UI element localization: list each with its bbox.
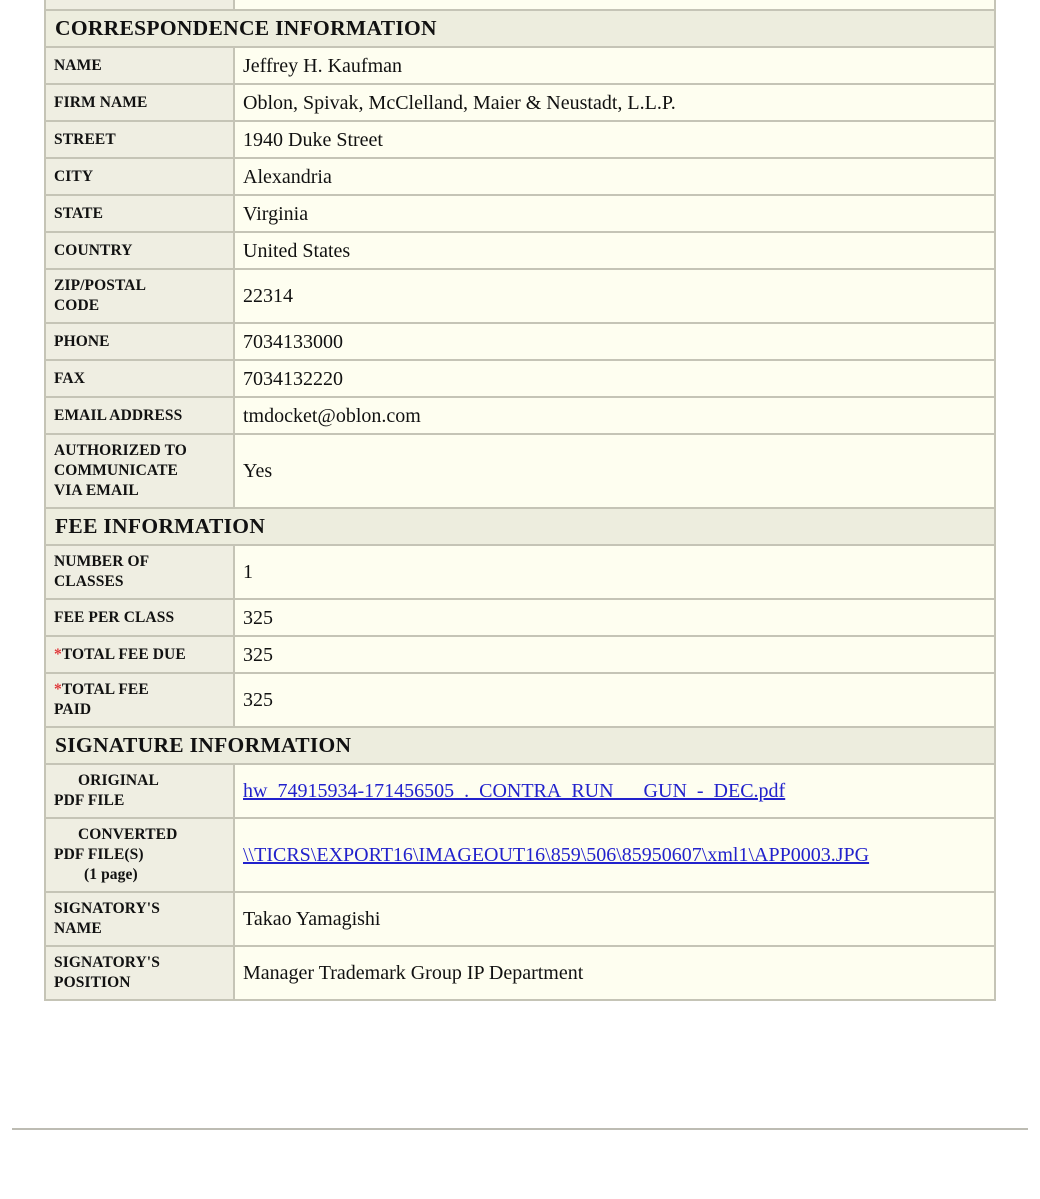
field-label: SIGNATORY'S POSITION [45,946,234,1000]
section-title: SIGNATURE INFORMATION [45,727,995,764]
field-label: FIRM NAME [45,84,234,121]
table-row-signatory-name: SIGNATORY'S NAME Takao Yamagishi [45,892,995,946]
table-row-city: CITY Alexandria [45,158,995,195]
table-row-zip: ZIP/POSTAL CODE 22314 [45,269,995,323]
table-row-name: NAME Jeffrey H. Kaufman [45,47,995,84]
label-line: ZIP/POSTAL [54,277,146,294]
field-label: STREET [45,121,234,158]
field-label: *TOTAL FEE DUE [45,636,234,673]
field-label: FEE PER CLASS [45,599,234,636]
label-line: CLASSES [54,573,124,590]
zip-value: 22314 [234,269,995,323]
field-label: EMAIL ADDRESS [45,397,234,434]
field-label: ORIGINAL PDF FILE [45,764,234,818]
label-line: TOTAL FEE [62,681,149,698]
horizontal-divider [12,1128,1028,1130]
label-line: ORIGINAL [54,771,159,791]
label-line: POSITION [54,974,131,991]
table-row-fee-per-class: FEE PER CLASS 325 [45,599,995,636]
field-label: STATE [45,195,234,232]
label-line: PDF FILE(S) [54,846,144,863]
original-pdf-cell: hw_74915934-171456505_._CONTRA_RUN___GUN… [234,764,995,818]
label-line: COMMUNICATE [54,462,178,479]
correspondent-name-value: Jeffrey H. Kaufman [234,47,995,84]
required-asterisk: * [54,646,62,663]
label-line: AUTHORIZED TO [54,442,187,459]
authorized-email-value: Yes [234,434,995,508]
table-row-converted-pdf: CONVERTED PDF FILE(S) (1 page) \\TICRS\E… [45,818,995,892]
table-row-firm-name: FIRM NAME Oblon, Spivak, McClelland, Mai… [45,84,995,121]
field-label: ZIP/POSTAL CODE [45,269,234,323]
field-label: NUMBER OF CLASSES [45,545,234,599]
table-row-number-of-classes: NUMBER OF CLASSES 1 [45,545,995,599]
converted-pdf-link[interactable]: \\TICRS\EXPORT16\IMAGEOUT16\859\506\8595… [243,844,869,866]
city-value: Alexandria [234,158,995,195]
label-line: (1 page) [54,865,138,885]
table-row-total-fee-due: *TOTAL FEE DUE 325 [45,636,995,673]
total-fee-due-value: 325 [234,636,995,673]
table-row-street: STREET 1940 Duke Street [45,121,995,158]
table-row-total-fee-paid: *TOTAL FEE PAID 325 [45,673,995,727]
required-asterisk: * [54,681,62,698]
field-label: CITY [45,158,234,195]
field-label: NAME [45,47,234,84]
label-line: CONVERTED [54,825,177,845]
label-line: SIGNATORY'S [54,954,160,971]
field-label: FAX [45,360,234,397]
table-row-phone: PHONE 7034133000 [45,323,995,360]
country-value: United States [234,232,995,269]
table-row-authorized-email: AUTHORIZED TO COMMUNICATE VIA EMAIL Yes [45,434,995,508]
label-line: SIGNATORY'S [54,900,160,917]
field-label: COUNTRY [45,232,234,269]
section-correspondence-header: CORRESPONDENCE INFORMATION [45,10,995,47]
table-row-original-pdf: ORIGINAL PDF FILE hw_74915934-171456505_… [45,764,995,818]
table-row-state: STATE Virginia [45,195,995,232]
number-of-classes-value: 1 [234,545,995,599]
label-line: PAID [54,701,91,718]
label-line: VIA EMAIL [54,482,139,499]
field-label: CONVERTED PDF FILE(S) (1 page) [45,818,234,892]
previous-row-stub [45,0,995,10]
field-label: *TOTAL FEE PAID [45,673,234,727]
signatory-name-value: Takao Yamagishi [234,892,995,946]
label-line: PDF FILE [54,792,124,809]
table-row-fax: FAX 7034132220 [45,360,995,397]
label-line: NAME [54,920,102,937]
section-title: FEE INFORMATION [45,508,995,545]
firm-name-value: Oblon, Spivak, McClelland, Maier & Neust… [234,84,995,121]
section-title: CORRESPONDENCE INFORMATION [45,10,995,47]
converted-pdf-cell: \\TICRS\EXPORT16\IMAGEOUT16\859\506\8595… [234,818,995,892]
table-row-email: EMAIL ADDRESS tmdocket@oblon.com [45,397,995,434]
label-text: TOTAL FEE DUE [62,646,186,663]
field-label: SIGNATORY'S NAME [45,892,234,946]
fax-value: 7034132220 [234,360,995,397]
phone-value: 7034133000 [234,323,995,360]
label-line: CODE [54,297,99,314]
table-row-country: COUNTRY United States [45,232,995,269]
stub-label-cell [45,0,234,10]
table-row-signatory-position: SIGNATORY'S POSITION Manager Trademark G… [45,946,995,1000]
street-value: 1940 Duke Street [234,121,995,158]
trademark-form-table: CORRESPONDENCE INFORMATION NAME Jeffrey … [44,0,996,1001]
fee-per-class-value: 325 [234,599,995,636]
section-fee-header: FEE INFORMATION [45,508,995,545]
field-label: AUTHORIZED TO COMMUNICATE VIA EMAIL [45,434,234,508]
section-signature-header: SIGNATURE INFORMATION [45,727,995,764]
state-value: Virginia [234,195,995,232]
stub-value-cell [234,0,995,10]
total-fee-paid-value: 325 [234,673,995,727]
email-value: tmdocket@oblon.com [234,397,995,434]
original-pdf-link[interactable]: hw_74915934-171456505_._CONTRA_RUN___GUN… [243,780,785,802]
signatory-position-value: Manager Trademark Group IP Department [234,946,995,1000]
field-label: PHONE [45,323,234,360]
label-line: NUMBER OF [54,553,149,570]
